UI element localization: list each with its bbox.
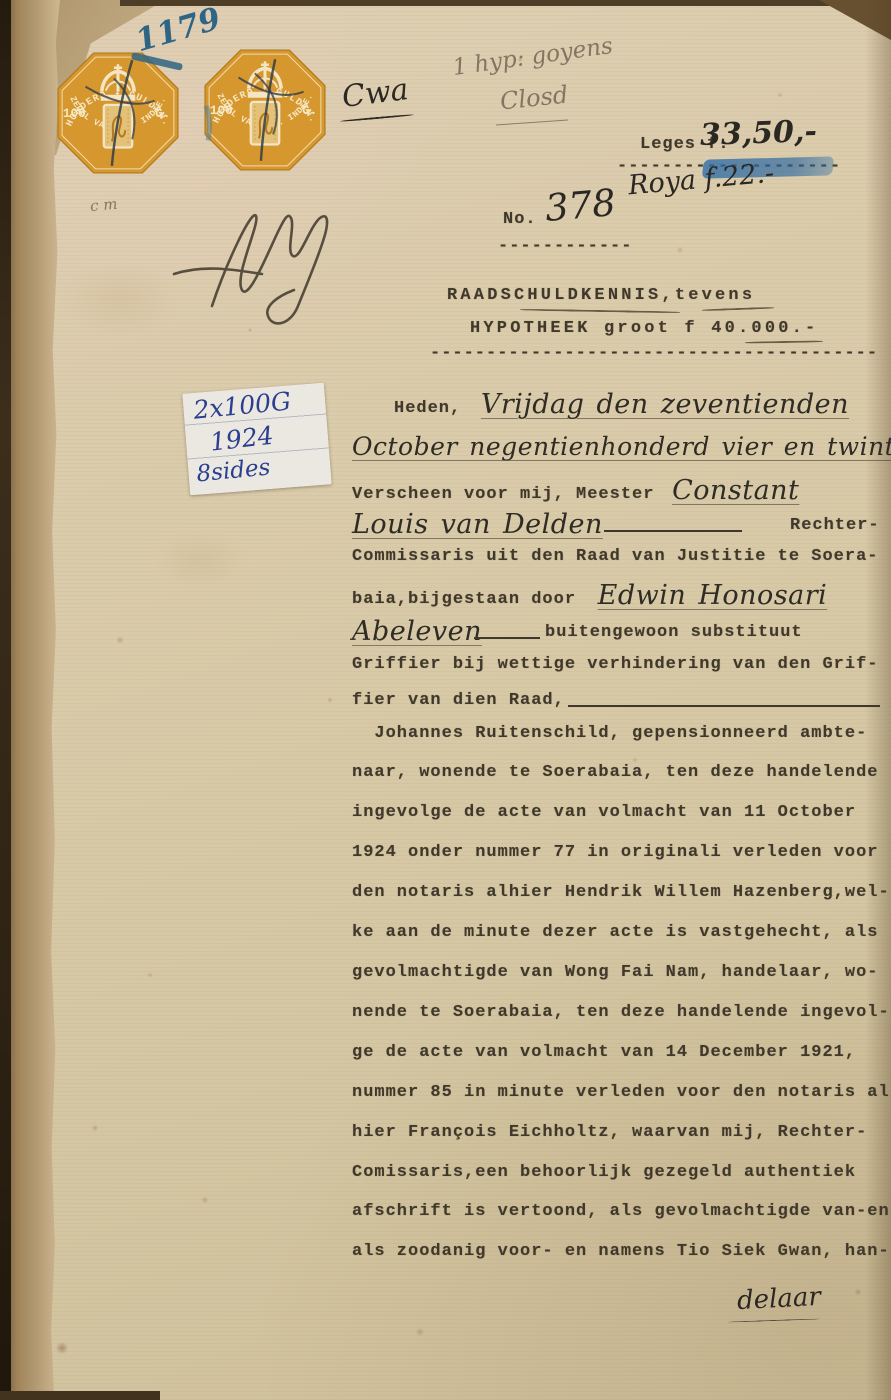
revenue-stamp-100-gulden: HONDERD ✦ GULDEN. ZEGEL VAN NED. INDIE. … <box>55 50 181 176</box>
body-line: 1924 onder nummer 77 in originali verled… <box>352 843 891 879</box>
pen-dash-filler <box>474 637 540 639</box>
deed-number-label: No. <box>503 210 537 230</box>
typed-text: fier van dien Raad, <box>352 691 565 710</box>
typed-text: ke aan de minute dezer acte is vastgehec… <box>352 923 878 942</box>
body-line: naar, wonende te Soerabaia, ten deze han… <box>352 763 891 799</box>
pen-rule-filler <box>568 705 880 707</box>
typed-text: Heden, <box>394 399 461 418</box>
stamp-value: 100 <box>63 106 86 121</box>
body-line: Verscheen voor mij, Meester Constant <box>352 476 891 512</box>
heading-dashed-rule: ---------------------------------------- <box>430 344 878 364</box>
revenue-stamp-100-gulden: HONDERD ✦ GULDEN. ZEGEL VAN NED. INDIE. … <box>202 47 328 173</box>
body-line: Abeleven buitengewoon substituut <box>352 617 891 653</box>
label-sides: 8sides <box>195 454 271 487</box>
label-stamps-count: 2x100G <box>192 386 292 424</box>
typed-text: buitengewoon substituut <box>545 623 803 643</box>
typed-text: ge de acte van volmacht van 14 December … <box>352 1043 856 1062</box>
flourish-signature <box>160 178 370 328</box>
top-edge-shadow <box>120 0 891 6</box>
body-line: ge de acte van volmacht van 14 December … <box>352 1043 891 1079</box>
archivist-label: 2x100G 1924 8sides <box>182 383 332 496</box>
handwritten-text: Constant <box>672 475 799 506</box>
body-line: Commissaris uit den Raad van Justitie te… <box>352 547 891 583</box>
typed-text: nummer 85 in minute verleden voor den no… <box>352 1083 891 1102</box>
handwritten-text: Edwin Honosari <box>598 580 828 611</box>
typed-text: Rechter- <box>790 516 880 536</box>
body-line: nummer 85 in minute verleden voor den no… <box>352 1083 891 1119</box>
typed-text: Commissaris uit den Raad van Justitie te… <box>352 547 878 566</box>
handwritten-text: Louis van Delden <box>352 509 603 540</box>
typed-text: Verscheen voor mij, Meester <box>352 485 654 504</box>
stamp-unit: G. <box>155 106 170 121</box>
typed-text: naar, wonende te Soerabaia, ten deze han… <box>352 763 878 782</box>
typed-text: afschrift is vertoond, als gevolmachtigd… <box>352 1202 890 1221</box>
pen-dash-filler <box>604 530 742 532</box>
typed-text: als zoodanig voor- en namens Tio Siek Gw… <box>352 1242 890 1261</box>
typed-text: gevolmachtigde van Wong Fai Nam, handela… <box>352 963 878 982</box>
body-line: Johannes Ruitenschild, gepensionneerd am… <box>352 724 891 760</box>
body-line: ke aan de minute dezer acte is vastgehec… <box>352 923 891 959</box>
typed-text: den notaris alhier Hendrik Willem Hazenb… <box>352 883 890 902</box>
body-line: als zoodanig voor- en namens Tio Siek Gw… <box>352 1242 891 1278</box>
deed-title-line1: RAADSCHULDKENNIS,tevens <box>447 286 755 306</box>
document-photo: HONDERD ✦ GULDEN. ZEGEL VAN NED. INDIE. … <box>0 0 891 1400</box>
typed-text: Johannes Ruitenschild, gepensionneerd am… <box>352 724 867 743</box>
body-line: October negentienhonderd vier en twintig <box>352 432 891 468</box>
handwritten-text: Vrijdag den zeventienden <box>481 389 849 420</box>
handwritten-text: Abeleven <box>352 616 482 647</box>
body-line: nende te Soerabaia, ten deze handelende … <box>352 1003 891 1039</box>
label-year: 1924 <box>208 421 274 457</box>
typed-text: 1924 onder nummer 77 in originali verled… <box>352 843 878 862</box>
typed-text: Griffier bij wettige verhindering van de… <box>352 655 878 674</box>
body-line: fier van dien Raad, <box>352 691 891 727</box>
typed-text: Comissaris,een behoorlijk gezegeld authe… <box>352 1163 856 1182</box>
body-line: ingevolge de acte van volmacht van 11 Oc… <box>352 803 891 839</box>
typed-text: baia,bijgestaan door <box>352 590 576 609</box>
deed-number-dashed-line: ------------ <box>498 237 632 257</box>
body-line: Heden, Vrijdag den zeventienden <box>352 390 891 426</box>
deed-title-line2: HYPOTHEEK groot f 40.000.- <box>470 319 818 339</box>
handwritten-text: October negentienhonderd vier en twintig <box>352 432 891 461</box>
small-pencil-mark: c m <box>89 195 118 215</box>
typed-text: hier François Eichholtz, waarvan mij, Re… <box>352 1123 867 1142</box>
body-line: baia,bijgestaan door Edwin Honosari <box>352 581 891 617</box>
body-line: Louis van Delden Rechter- <box>352 510 891 546</box>
spine-edge <box>0 0 11 1400</box>
catchword-handwritten: delaar <box>736 1282 821 1316</box>
fees-amount-handwritten: 33,50,- <box>699 114 817 153</box>
stamp-value: 100 <box>210 103 233 118</box>
typed-text: ingevolge de acte van volmacht van 11 Oc… <box>352 803 856 822</box>
stamp-unit: G. <box>302 103 317 118</box>
body-line: den notaris alhier Hendrik Willem Hazenb… <box>352 883 891 919</box>
body-line: hier François Eichholtz, waarvan mij, Re… <box>352 1123 891 1159</box>
bottom-edge-shadow <box>0 1391 160 1400</box>
body-line: Griffier bij wettige verhindering van de… <box>352 655 891 691</box>
binding-strip <box>8 0 60 1400</box>
body-line: Comissaris,een behoorlijk gezegeld authe… <box>352 1163 891 1199</box>
body-line: gevolmachtigde van Wong Fai Nam, handela… <box>352 963 891 999</box>
deed-number-value: 378 <box>543 181 617 230</box>
body-line: afschrift is vertoond, als gevolmachtigd… <box>352 1202 891 1238</box>
typed-text: nende te Soerabaia, ten deze handelende … <box>352 1003 890 1022</box>
